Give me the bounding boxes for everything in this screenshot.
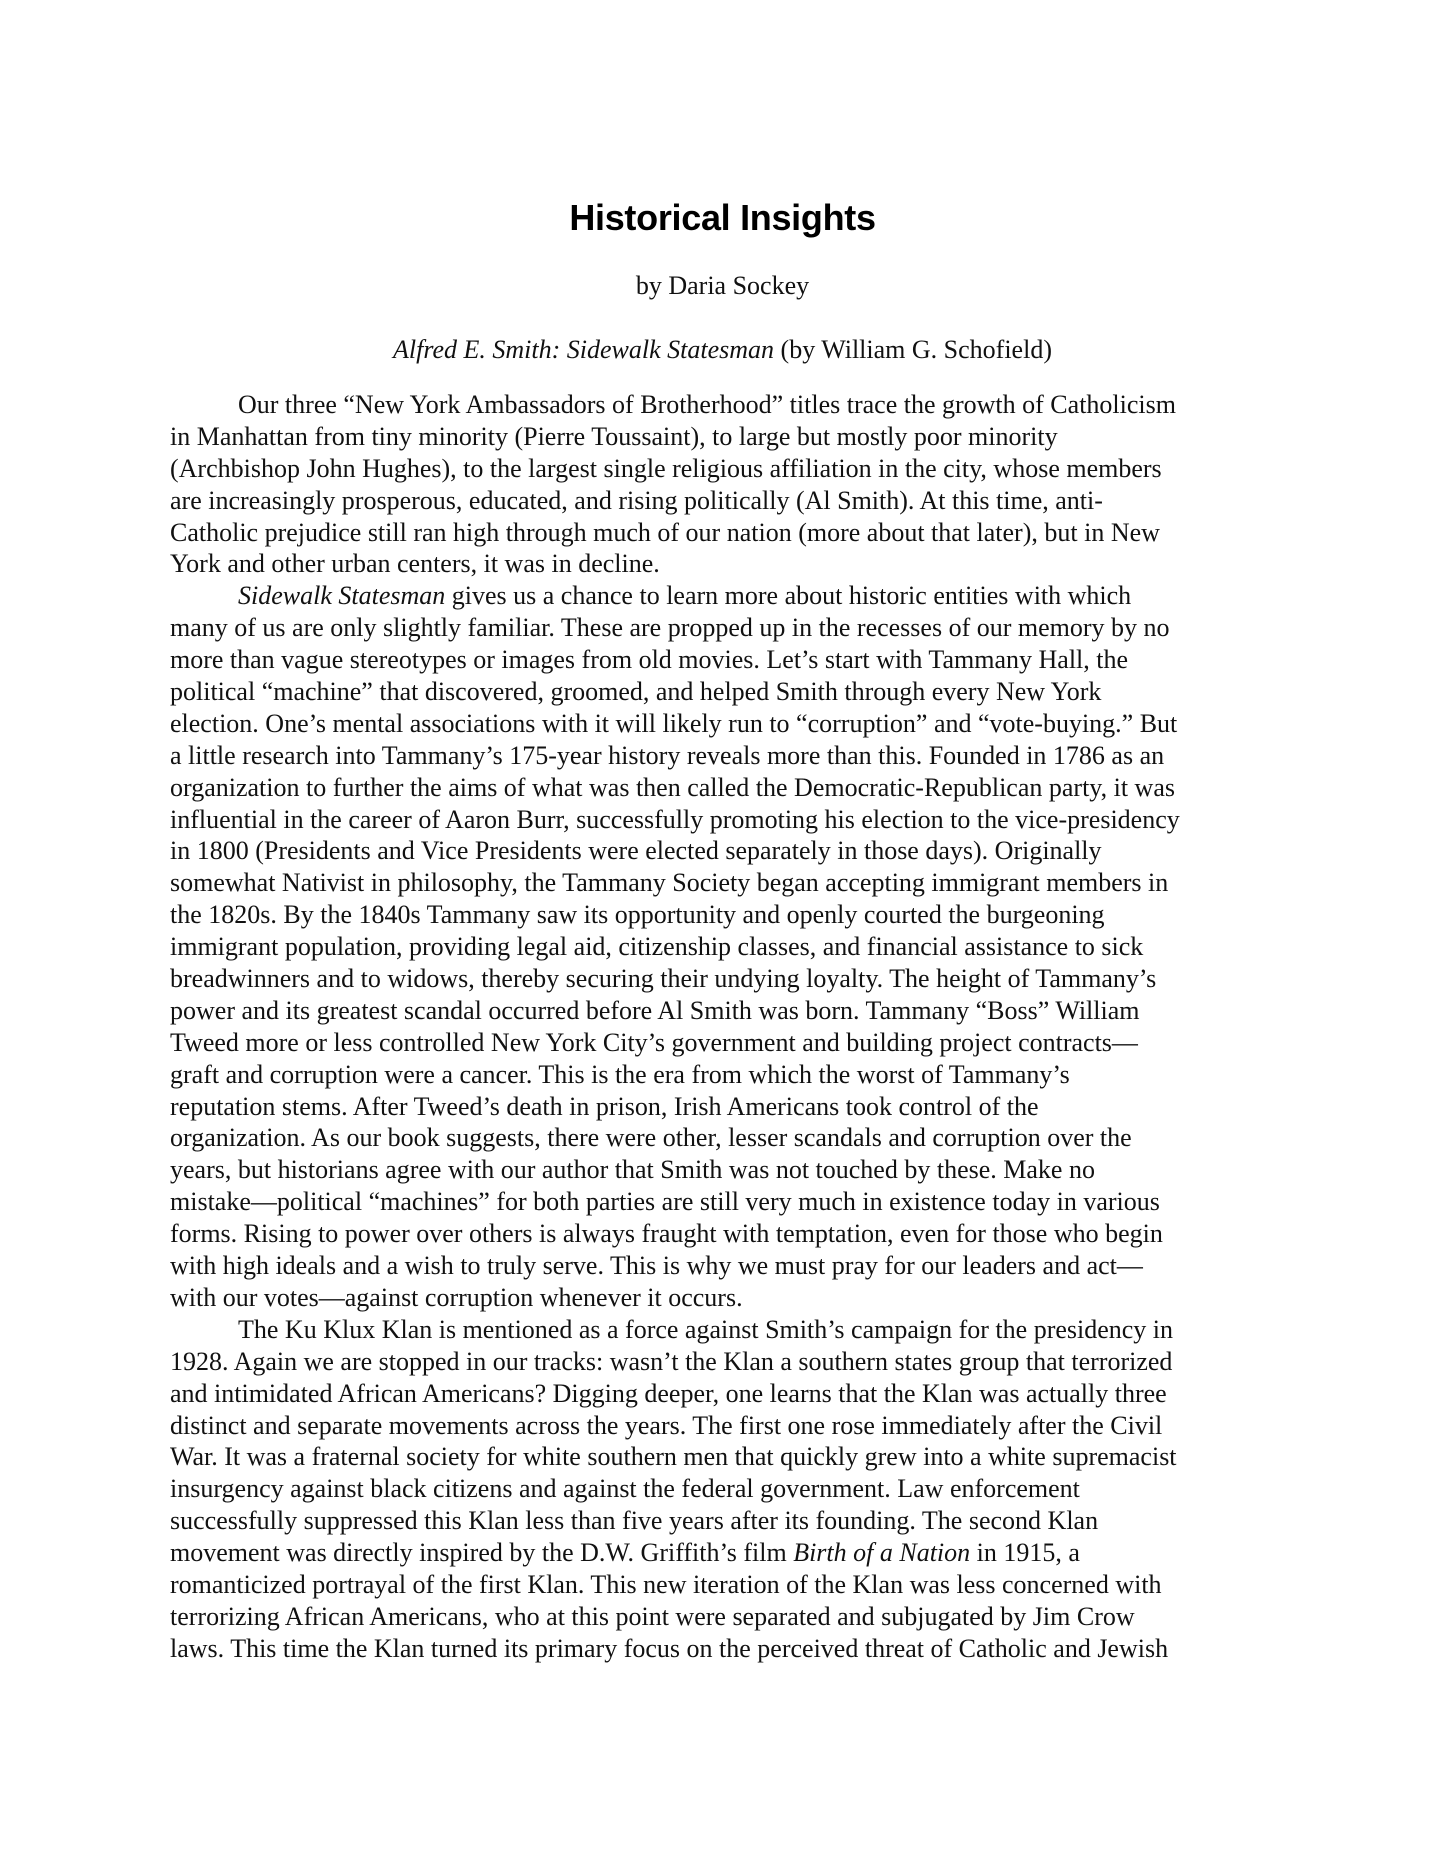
text-line: breadwinners and to widows, thereby secu… <box>170 963 1280 995</box>
text-line: movement was directly inspired by the D.… <box>170 1537 1280 1569</box>
text-line: (Archbishop John Hughes), to the largest… <box>170 453 1280 485</box>
text-line: insurgency against black citizens and ag… <box>170 1473 1280 1505</box>
text-line: in Manhattan from tiny minority (Pierre … <box>170 421 1280 453</box>
text-line: influential in the career of Aaron Burr,… <box>170 804 1280 836</box>
text-line: immigrant population, providing legal ai… <box>170 931 1280 963</box>
book-title: Alfred E. Smith: Sidewalk Statesman <box>393 335 774 364</box>
text-line: The Ku Klux Klan is mentioned as a force… <box>170 1314 1280 1346</box>
text-line: organization. As our book suggests, ther… <box>170 1122 1280 1154</box>
author-byline: by Daria Sockey <box>0 270 1445 302</box>
text-line: and intimidated African Americans? Diggi… <box>170 1378 1280 1410</box>
paragraph-2: Sidewalk Statesman gives us a chance to … <box>170 580 1280 1313</box>
text-segment: movement was directly inspired by the D.… <box>170 1538 793 1567</box>
text-line: Catholic prejudice still ran high throug… <box>170 517 1280 549</box>
inline-film-title: Birth of a Nation <box>793 1538 970 1567</box>
text-line: in 1800 (Presidents and Vice Presidents … <box>170 835 1280 867</box>
text-line: more than vague stereotypes or images fr… <box>170 644 1280 676</box>
text-line: somewhat Nativist in philosophy, the Tam… <box>170 867 1280 899</box>
book-subtitle: Alfred E. Smith: Sidewalk Statesman (by … <box>0 334 1445 366</box>
text-line: 1928. Again we are stopped in our tracks… <box>170 1346 1280 1378</box>
text-line: are increasingly prosperous, educated, a… <box>170 485 1280 517</box>
text-line: political “machine” that discovered, gro… <box>170 676 1280 708</box>
text-line: with our votes—against corruption whenev… <box>170 1282 1280 1314</box>
text-line: reputation stems. After Tweed’s death in… <box>170 1091 1280 1123</box>
text-line: forms. Rising to power over others is al… <box>170 1218 1280 1250</box>
text-line: Sidewalk Statesman gives us a chance to … <box>170 580 1280 612</box>
text-line: distinct and separate movements across t… <box>170 1410 1280 1442</box>
text-segment: in 1915, a <box>970 1538 1080 1567</box>
text-line: Tweed more or less controlled New York C… <box>170 1027 1280 1059</box>
paragraph-3: The Ku Klux Klan is mentioned as a force… <box>170 1314 1280 1665</box>
text-line: terrorizing African Americans, who at th… <box>170 1601 1280 1633</box>
text-line: successfully suppressed this Klan less t… <box>170 1505 1280 1537</box>
inline-book-title: Sidewalk Statesman <box>238 581 445 610</box>
document-page: Historical Insights by Daria Sockey Alfr… <box>0 0 1445 1870</box>
text-line: mistake—political “machines” for both pa… <box>170 1186 1280 1218</box>
text-line: the 1820s. By the 1840s Tammany saw its … <box>170 899 1280 931</box>
text-line: election. One’s mental associations with… <box>170 708 1280 740</box>
text-line: romanticized portrayal of the first Klan… <box>170 1569 1280 1601</box>
page-title: Historical Insights <box>0 196 1445 240</box>
text-line: graft and corruption were a cancer. This… <box>170 1059 1280 1091</box>
text-line: organization to further the aims of what… <box>170 772 1280 804</box>
text-line: many of us are only slightly familiar. T… <box>170 612 1280 644</box>
book-author-note: (by William G. Schofield) <box>781 335 1052 364</box>
text-line: with high ideals and a wish to truly ser… <box>170 1250 1280 1282</box>
article-body: Our three “New York Ambassadors of Broth… <box>170 389 1280 1665</box>
text-line: power and its greatest scandal occurred … <box>170 995 1280 1027</box>
text-segment: gives us a chance to learn more about hi… <box>445 581 1131 610</box>
text-line: War. It was a fraternal society for whit… <box>170 1441 1280 1473</box>
text-line: York and other urban centers, it was in … <box>170 548 1280 580</box>
text-line: a little research into Tammany’s 175-yea… <box>170 740 1280 772</box>
paragraph-1: Our three “New York Ambassadors of Broth… <box>170 389 1280 580</box>
text-line: laws. This time the Klan turned its prim… <box>170 1633 1280 1665</box>
text-line: Our three “New York Ambassadors of Broth… <box>170 389 1280 421</box>
text-line: years, but historians agree with our aut… <box>170 1154 1280 1186</box>
